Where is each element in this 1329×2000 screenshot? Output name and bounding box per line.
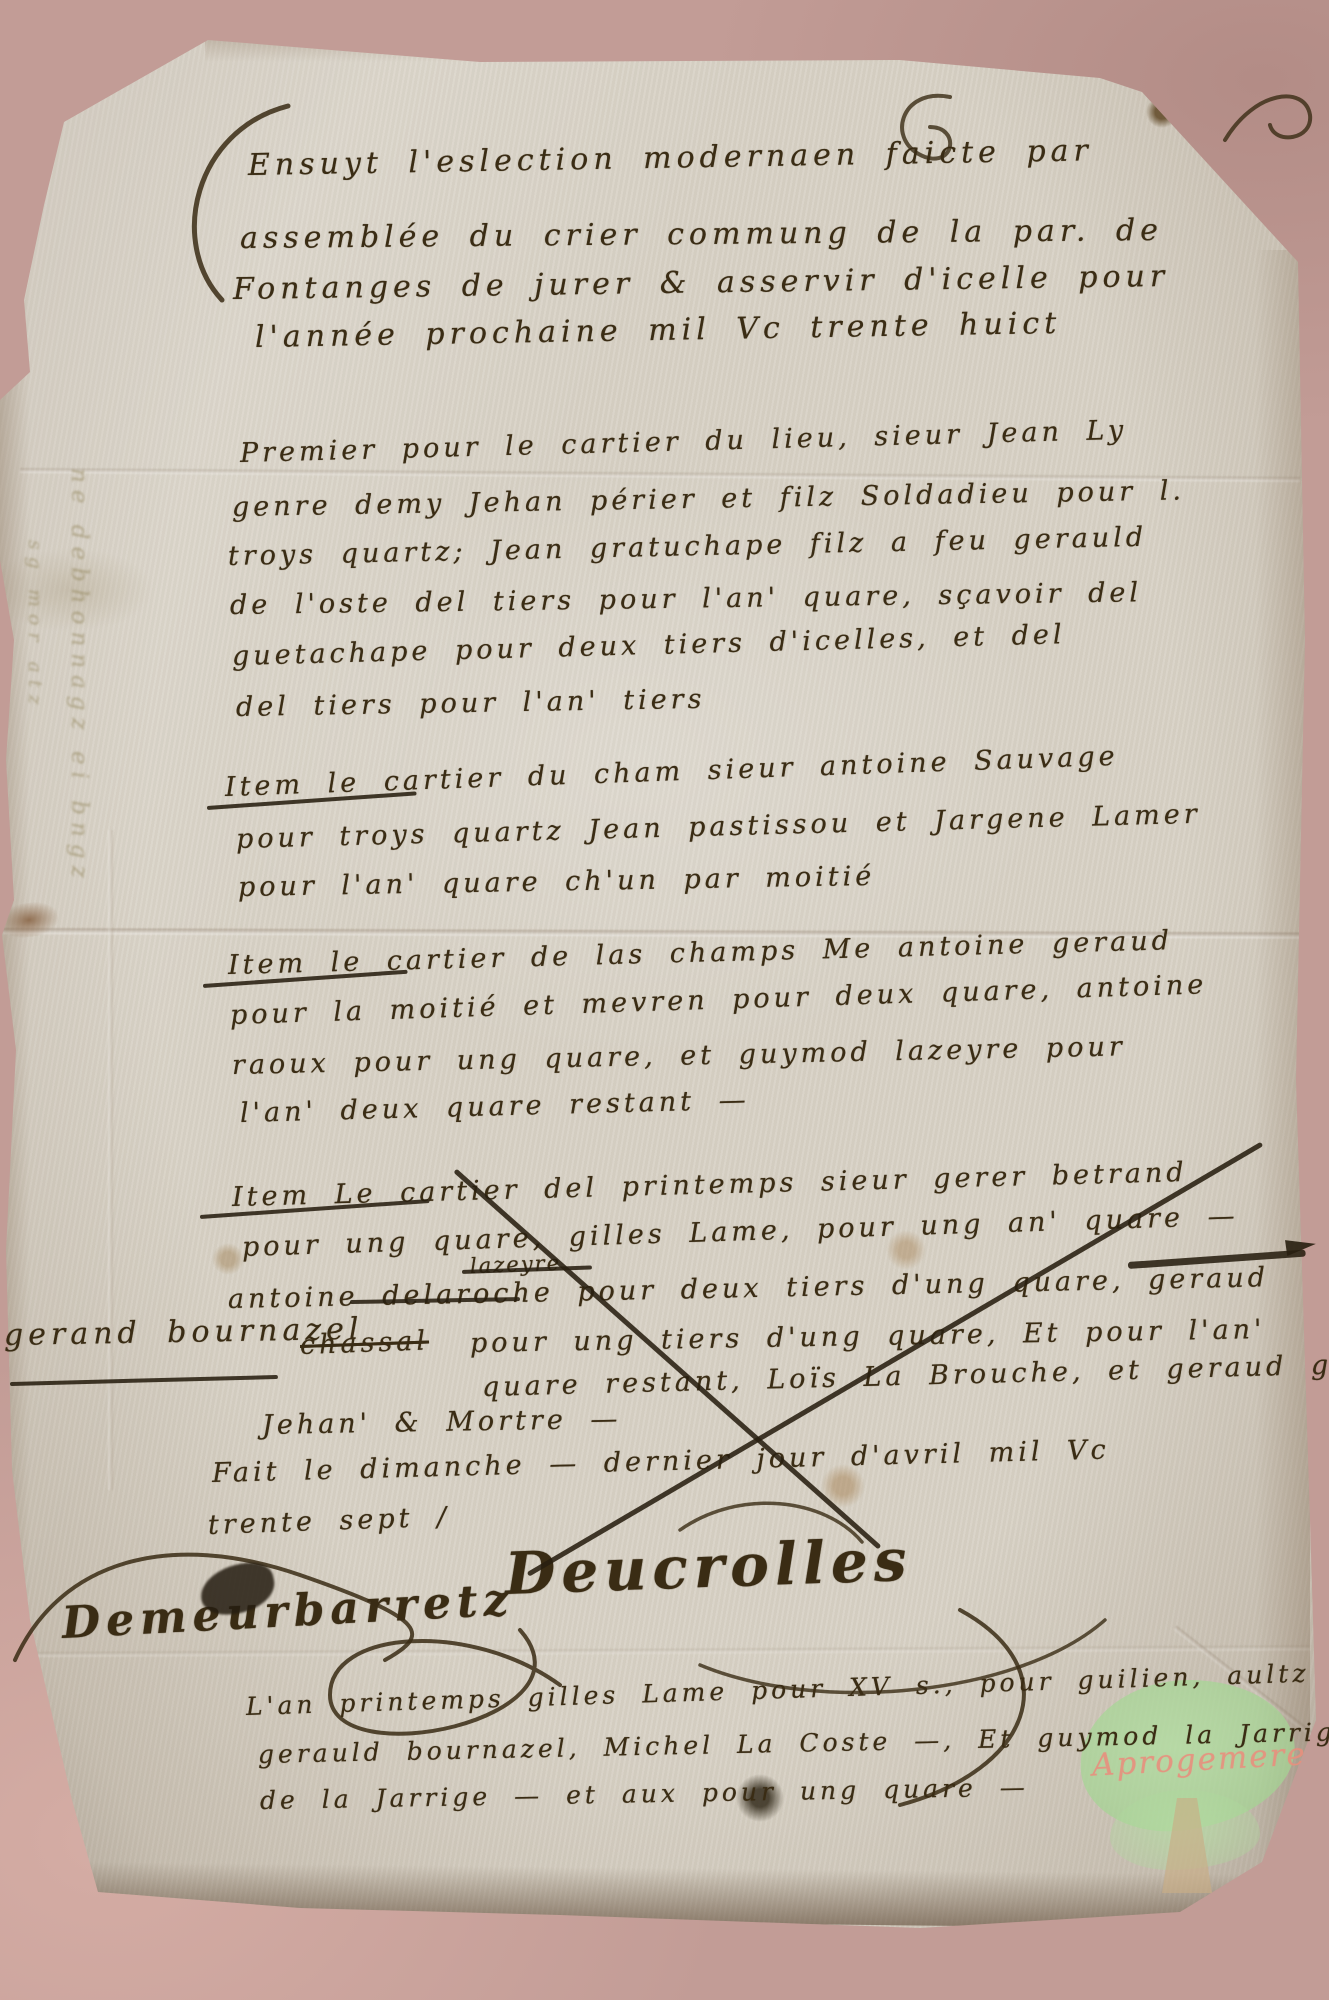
p5-line6: Jehan' & Mortre — [262, 1404, 622, 1441]
bottom-edge-shadow [80, 1862, 1281, 1930]
manuscript-photo: Aprogemere ne debhonnagz ei bngz sg mor … [0, 0, 1329, 2000]
opening-capital-flourish [160, 92, 350, 327]
bleedthrough-text-col1: ne debhonnagz ei bngz [66, 468, 92, 885]
top-edge-shadow [205, 36, 1145, 62]
heavy-strike-arrowhead [1285, 1236, 1317, 1256]
bleedthrough-text-col2: sg mor atz [24, 540, 46, 712]
headline-end-curl [1215, 70, 1325, 170]
margin-note-struck-word: chassal [299, 1326, 429, 1361]
right-edge-shadow [1255, 250, 1310, 1870]
vertical-crease [108, 830, 113, 1490]
headline-curl [855, 82, 975, 202]
